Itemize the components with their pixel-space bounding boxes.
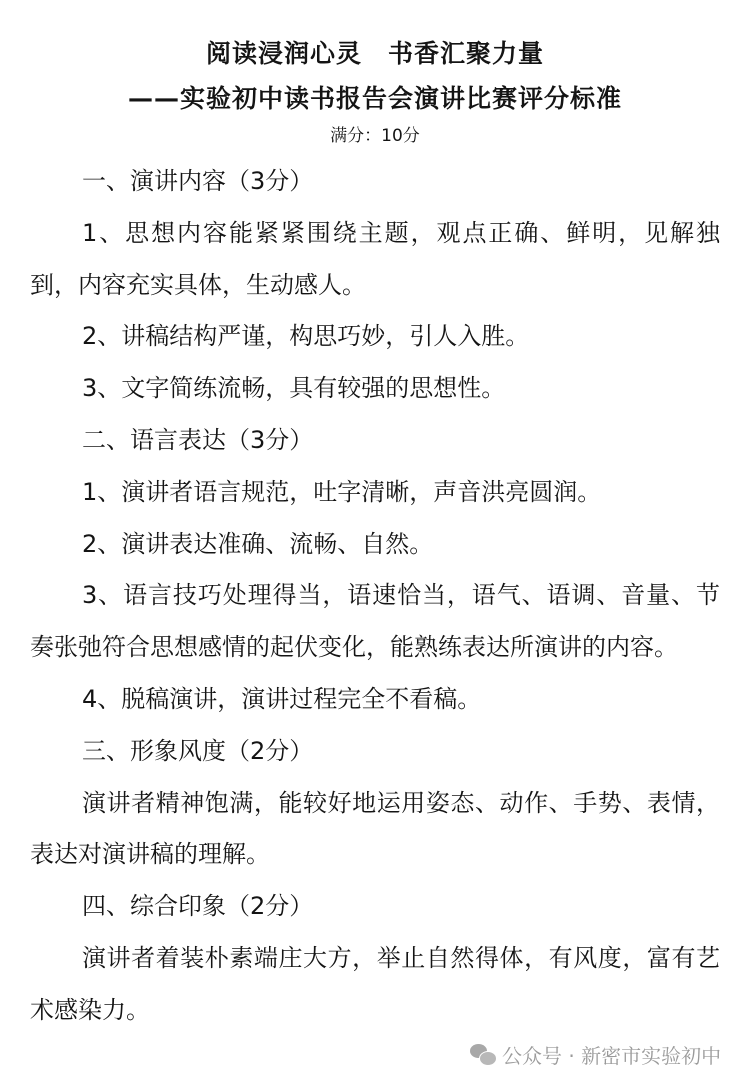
- criterion-item: 演讲者着装朴素端庄大方，举止自然得体，有风度，富有艺术感染力。: [30, 933, 720, 1037]
- document-title: 阅读浸润心灵 书香汇聚力量: [0, 34, 750, 70]
- criterion-item: 1、思想内容能紧紧围绕主题，观点正确、鲜明，见解独到，内容充实具体，生动感人。: [30, 208, 720, 312]
- watermark: 公众号 · 新密市实验初中: [470, 1040, 721, 1069]
- criterion-item: 2、讲稿结构严谨，构思巧妙，引人入胜。: [30, 311, 720, 363]
- section-heading-image: 三、形象风度（2分）: [30, 726, 720, 778]
- criterion-item: 2、演讲表达准确、流畅、自然。: [30, 519, 720, 571]
- full-score: 满分：10分: [0, 121, 750, 146]
- document-body: 一、演讲内容（3分） 1、思想内容能紧紧围绕主题，观点正确、鲜明，见解独到，内容…: [30, 156, 720, 1037]
- section-heading-overall: 四、综合印象（2分）: [30, 881, 720, 933]
- document-subtitle: ——实验初中读书报告会演讲比赛评分标准: [0, 79, 750, 115]
- criterion-item: 演讲者精神饱满，能较好地运用姿态、动作、手势、表情，表达对演讲稿的理解。: [30, 778, 720, 882]
- criterion-item: 3、语言技巧处理得当，语速恰当，语气、语调、音量、节奏张弛符合思想感情的起伏变化…: [30, 570, 720, 674]
- criterion-item: 3、文字简练流畅，具有较强的思想性。: [30, 363, 720, 415]
- watermark-text: 公众号 · 新密市实验初中: [502, 1040, 721, 1069]
- wechat-icon: [470, 1044, 496, 1066]
- section-heading-language: 二、语言表达（3分）: [30, 415, 720, 467]
- criterion-item: 4、脱稿演讲，演讲过程完全不看稿。: [30, 674, 720, 726]
- criterion-item: 1、演讲者语言规范，吐字清晰，声音洪亮圆润。: [30, 467, 720, 519]
- section-heading-content: 一、演讲内容（3分）: [30, 156, 720, 208]
